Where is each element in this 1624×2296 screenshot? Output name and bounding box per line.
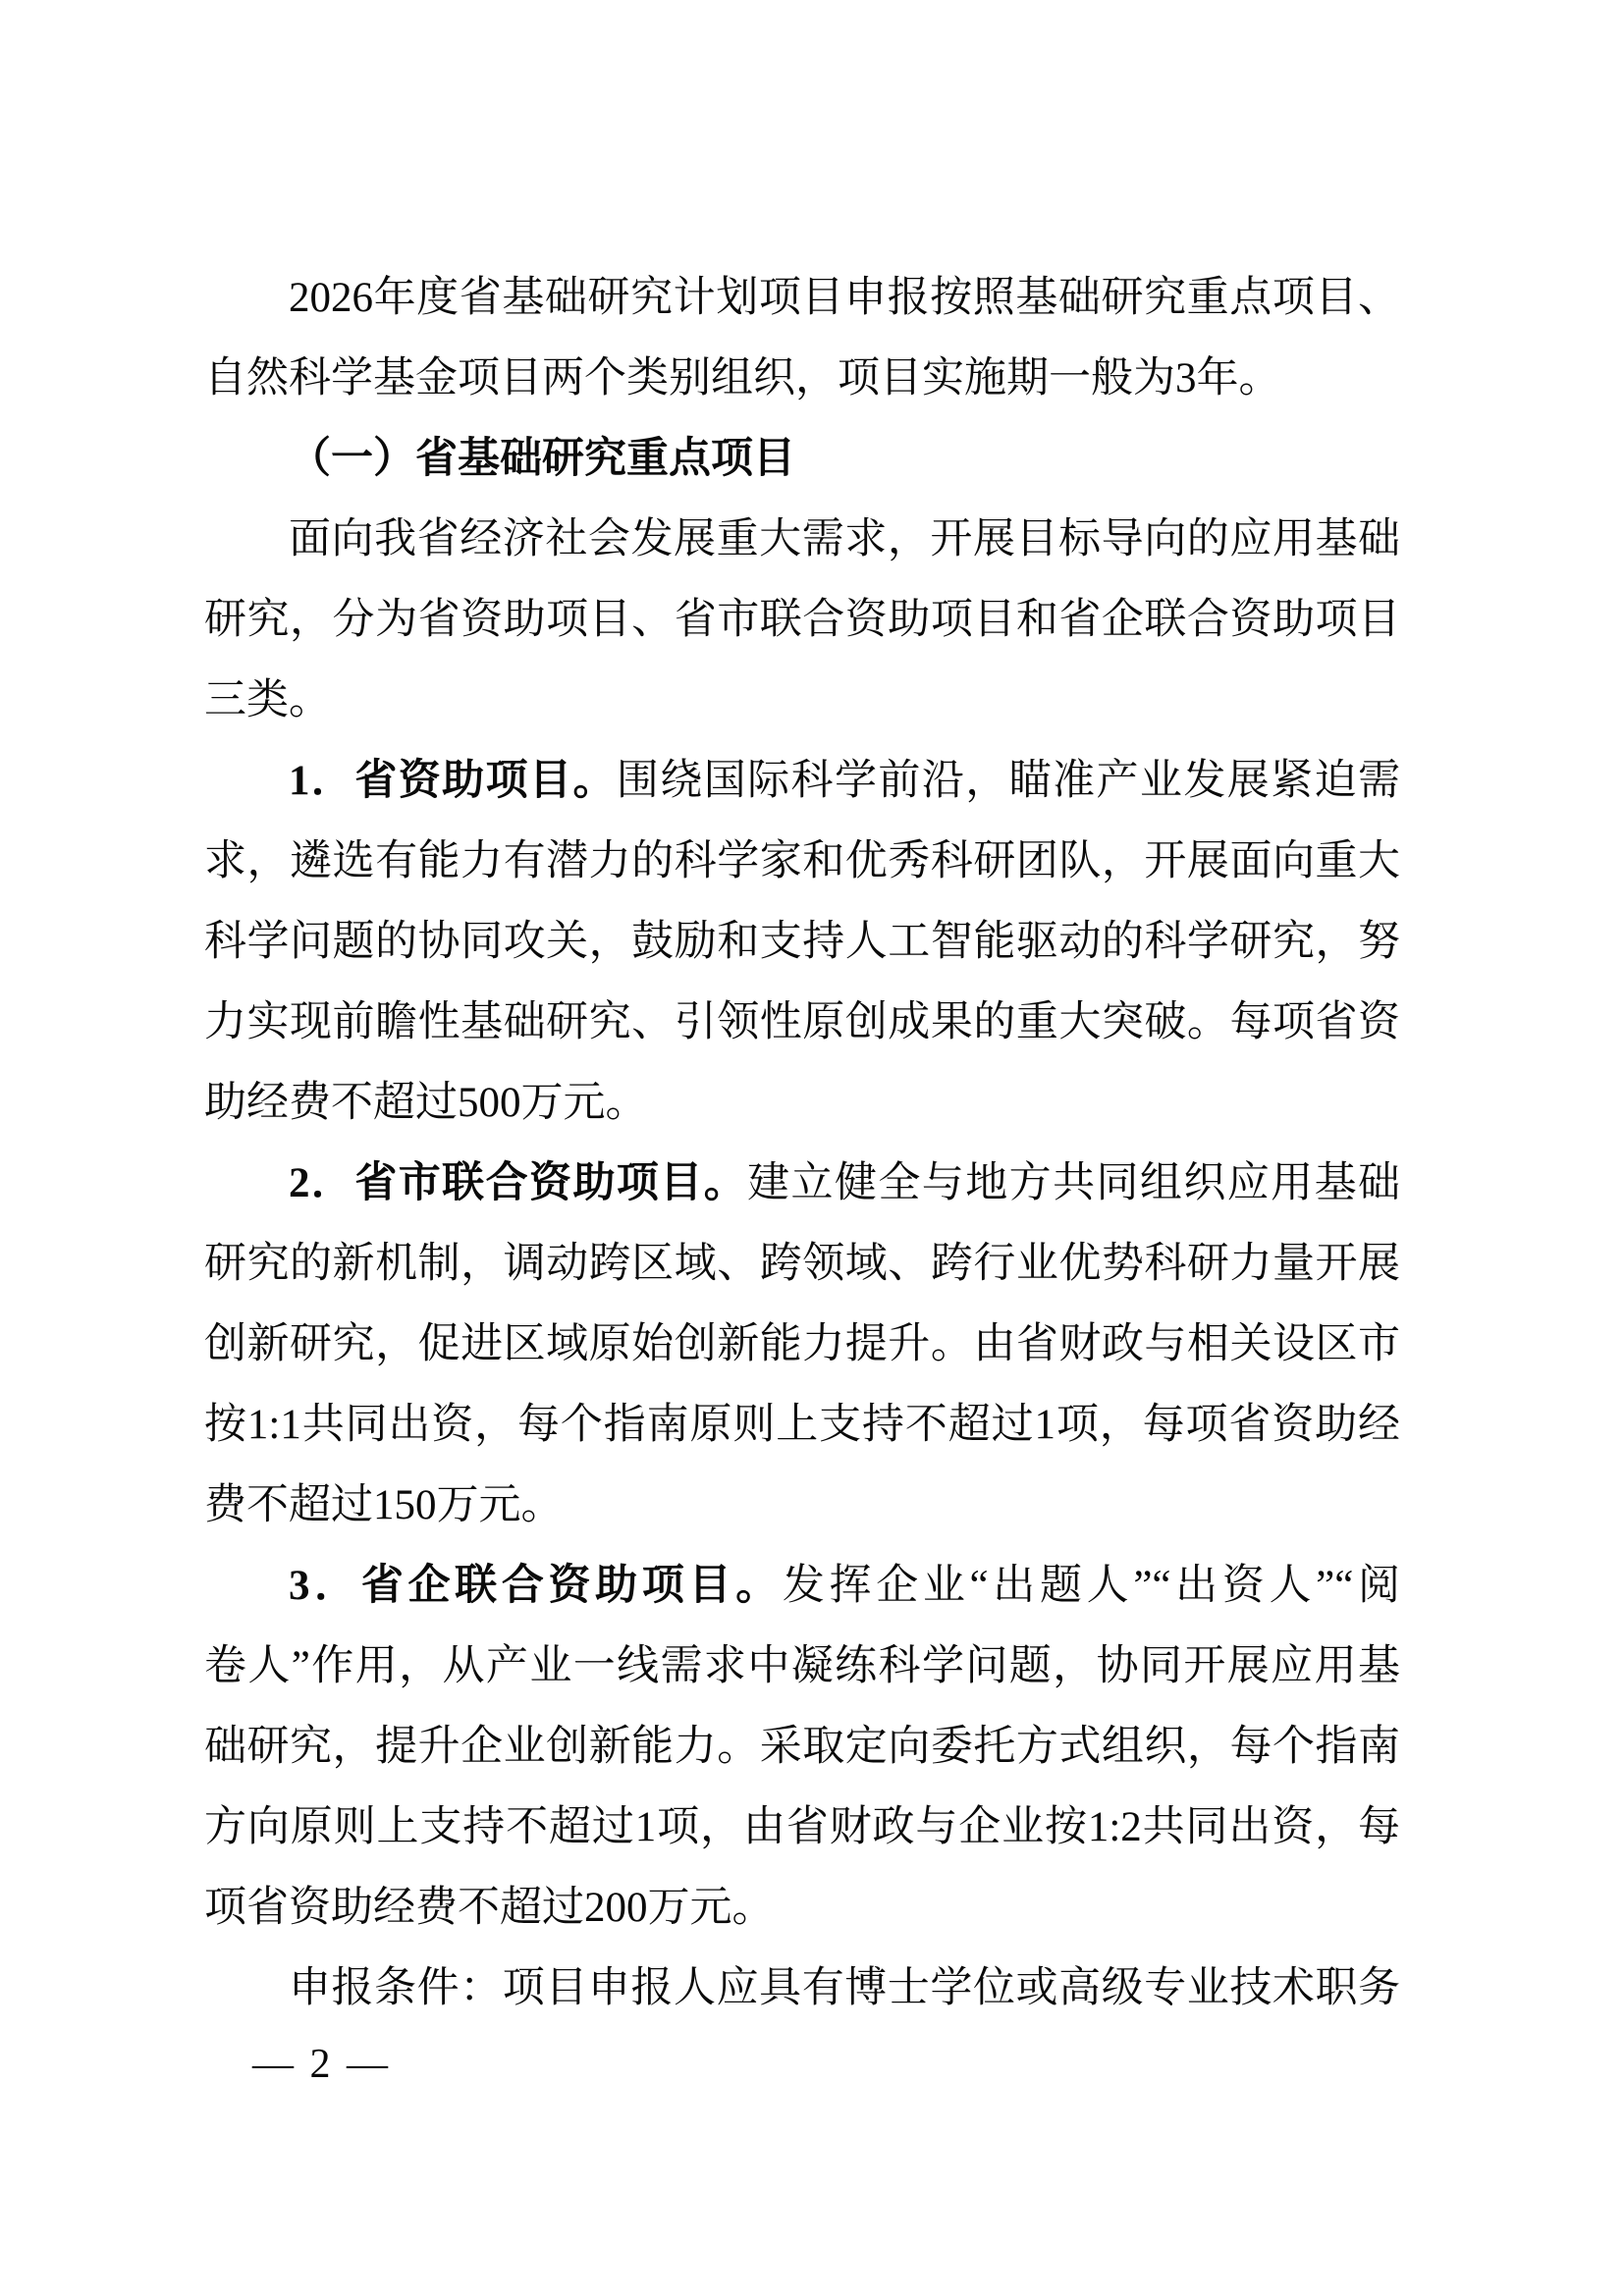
text-line: 研究的新机制，调动跨区域、跨领域、跨行业优势科研力量开展 bbox=[204, 1224, 1400, 1305]
text-segment: 发挥企业“出题人”“出资人”“阅 bbox=[783, 1563, 1400, 1609]
bold-lead-segment: （一）省基础研究重点项目 bbox=[289, 436, 795, 482]
document-body: 2026年度省基础研究计划项目申报按照基础研究重点项目、自然科学基金项目两个类别… bbox=[204, 258, 1400, 2029]
text-line: 面向我省经济社会发展重大需求，开展目标导向的应用基础 bbox=[204, 500, 1400, 580]
text-line: 卷人”作用，从产业一线需求中凝练科学问题，协同开展应用基 bbox=[204, 1627, 1400, 1707]
text-line: 按1:1共同出资，每个指南原则上支持不超过1项，每项省资助经 bbox=[204, 1385, 1400, 1466]
text-line: 科学问题的协同攻关，鼓励和支持人工智能驱动的科学研究，努 bbox=[204, 902, 1400, 983]
text-segment: 础研究，提升企业创新能力。采取定向委托方式组织，每个指南 bbox=[204, 1724, 1400, 1770]
text-segment: 三类。 bbox=[204, 677, 331, 723]
text-segment: 自然科学基金项目两个类别组织，项目实施期一般为3年。 bbox=[204, 355, 1281, 401]
text-segment: 方向原则上支持不超过1项，由省财政与企业按1:2共同出资，每 bbox=[204, 1804, 1400, 1850]
text-segment: 力实现前瞻性基础研究、引领性原创成果的重大突破。每项省资 bbox=[204, 999, 1400, 1045]
text-line: 自然科学基金项目两个类别组织，项目实施期一般为3年。 bbox=[204, 339, 1400, 419]
text-segment: 按1:1共同出资，每个指南原则上支持不超过1项，每项省资助经 bbox=[204, 1402, 1400, 1448]
text-line: 创新研究，促进区域原始创新能力提升。由省财政与相关设区市 bbox=[204, 1305, 1400, 1385]
text-segment: 研究，分为省资助项目、省市联合资助项目和省企联合资助项目 bbox=[204, 597, 1400, 643]
page-number: — 2 — bbox=[252, 2042, 391, 2087]
text-line: 方向原则上支持不超过1项，由省财政与企业按1:2共同出资，每 bbox=[204, 1788, 1400, 1868]
text-line: 助经费不超过500万元。 bbox=[204, 1063, 1400, 1144]
text-segment: 创新研究，促进区域原始创新能力提升。由省财政与相关设区市 bbox=[204, 1321, 1400, 1367]
text-segment: 求，遴选有能力有潜力的科学家和优秀科研团队，开展面向重大 bbox=[204, 838, 1400, 884]
text-segment: 申报条件：项目申报人应具有博士学位或高级专业技术职务 bbox=[289, 1965, 1400, 2011]
bold-lead-segment: 3．省企联合资助项目。 bbox=[289, 1563, 783, 1609]
text-line: 申报条件：项目申报人应具有博士学位或高级专业技术职务 bbox=[204, 1949, 1400, 2029]
text-line: 2026年度省基础研究计划项目申报按照基础研究重点项目、 bbox=[204, 258, 1400, 339]
text-line: 1．省资助项目。围绕国际科学前沿，瞄准产业发展紧迫需 bbox=[204, 741, 1400, 822]
text-segment: 2026年度省基础研究计划项目申报按照基础研究重点项目、 bbox=[289, 275, 1400, 321]
bold-lead-segment: 1．省资助项目。 bbox=[289, 758, 617, 804]
text-segment: 研究的新机制，调动跨区域、跨领域、跨行业优势科研力量开展 bbox=[204, 1241, 1400, 1287]
text-segment: 科学问题的协同攻关，鼓励和支持人工智能驱动的科学研究，努 bbox=[204, 919, 1400, 965]
document-page: 2026年度省基础研究计划项目申报按照基础研究重点项目、自然科学基金项目两个类别… bbox=[0, 0, 1624, 2296]
text-line: 费不超过150万元。 bbox=[204, 1466, 1400, 1546]
text-line: 础研究，提升企业创新能力。采取定向委托方式组织，每个指南 bbox=[204, 1707, 1400, 1788]
text-segment: 项省资助经费不超过200万元。 bbox=[204, 1885, 775, 1931]
text-segment: 建立健全与地方共同组织应用基础 bbox=[747, 1160, 1400, 1206]
text-line: 项省资助经费不超过200万元。 bbox=[204, 1868, 1400, 1949]
text-segment: 围绕国际科学前沿，瞄准产业发展紧迫需 bbox=[617, 758, 1400, 804]
text-line: 3．省企联合资助项目。发挥企业“出题人”“出资人”“阅 bbox=[204, 1546, 1400, 1627]
text-segment: 费不超过150万元。 bbox=[204, 1482, 564, 1528]
text-segment: 面向我省经济社会发展重大需求，开展目标导向的应用基础 bbox=[289, 516, 1400, 562]
text-line: （一）省基础研究重点项目 bbox=[204, 419, 1400, 500]
text-line: 力实现前瞻性基础研究、引领性原创成果的重大突破。每项省资 bbox=[204, 983, 1400, 1063]
text-line: 研究，分为省资助项目、省市联合资助项目和省企联合资助项目 bbox=[204, 580, 1400, 661]
text-line: 2．省市联合资助项目。建立健全与地方共同组织应用基础 bbox=[204, 1144, 1400, 1224]
text-line: 三类。 bbox=[204, 661, 1400, 741]
text-line: 求，遴选有能力有潜力的科学家和优秀科研团队，开展面向重大 bbox=[204, 822, 1400, 902]
text-segment: 助经费不超过500万元。 bbox=[204, 1080, 648, 1126]
text-segment: 卷人”作用，从产业一线需求中凝练科学问题，协同开展应用基 bbox=[204, 1643, 1400, 1689]
bold-lead-segment: 2．省市联合资助项目。 bbox=[289, 1160, 747, 1206]
